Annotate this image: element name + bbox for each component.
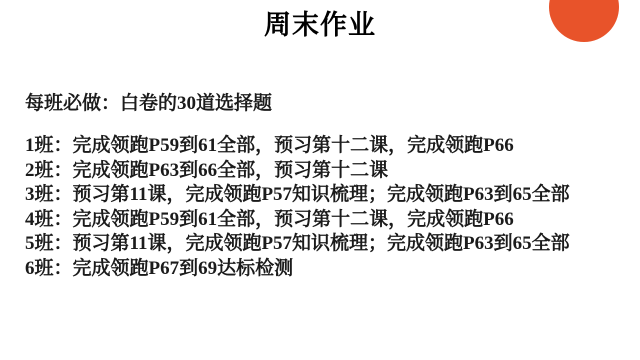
assignment-line-class3: 3班：预习第11课，完成领跑P57知识梳理；完成领跑P63到65全部 bbox=[25, 183, 570, 208]
assignment-list: 1班：完成领跑P59到61全部，预习第十二课，完成领跑P66 2班：完成领跑P6… bbox=[25, 134, 570, 282]
assignment-line-class1: 1班：完成领跑P59到61全部，预习第十二课，完成领跑P66 bbox=[25, 134, 570, 159]
assignment-line-class6: 6班：完成领跑P67到69达标检测 bbox=[25, 257, 570, 282]
assignment-line-class5: 5班：预习第11课，完成领跑P57知识梳理；完成领跑P63到65全部 bbox=[25, 232, 570, 257]
slide: 周末作业 每班必做：白卷的30道选择题 1班：完成领跑P59到61全部，预习第十… bbox=[0, 0, 640, 360]
assignment-line-class4: 4班：完成领跑P59到61全部，预习第十二课，完成领跑P66 bbox=[25, 208, 570, 233]
slide-title: 周末作业 bbox=[0, 3, 640, 42]
required-task-line: 每班必做：白卷的30道选择题 bbox=[25, 88, 272, 115]
assignment-line-class2: 2班：完成领跑P63到66全部，预习第十二课 bbox=[25, 159, 570, 184]
